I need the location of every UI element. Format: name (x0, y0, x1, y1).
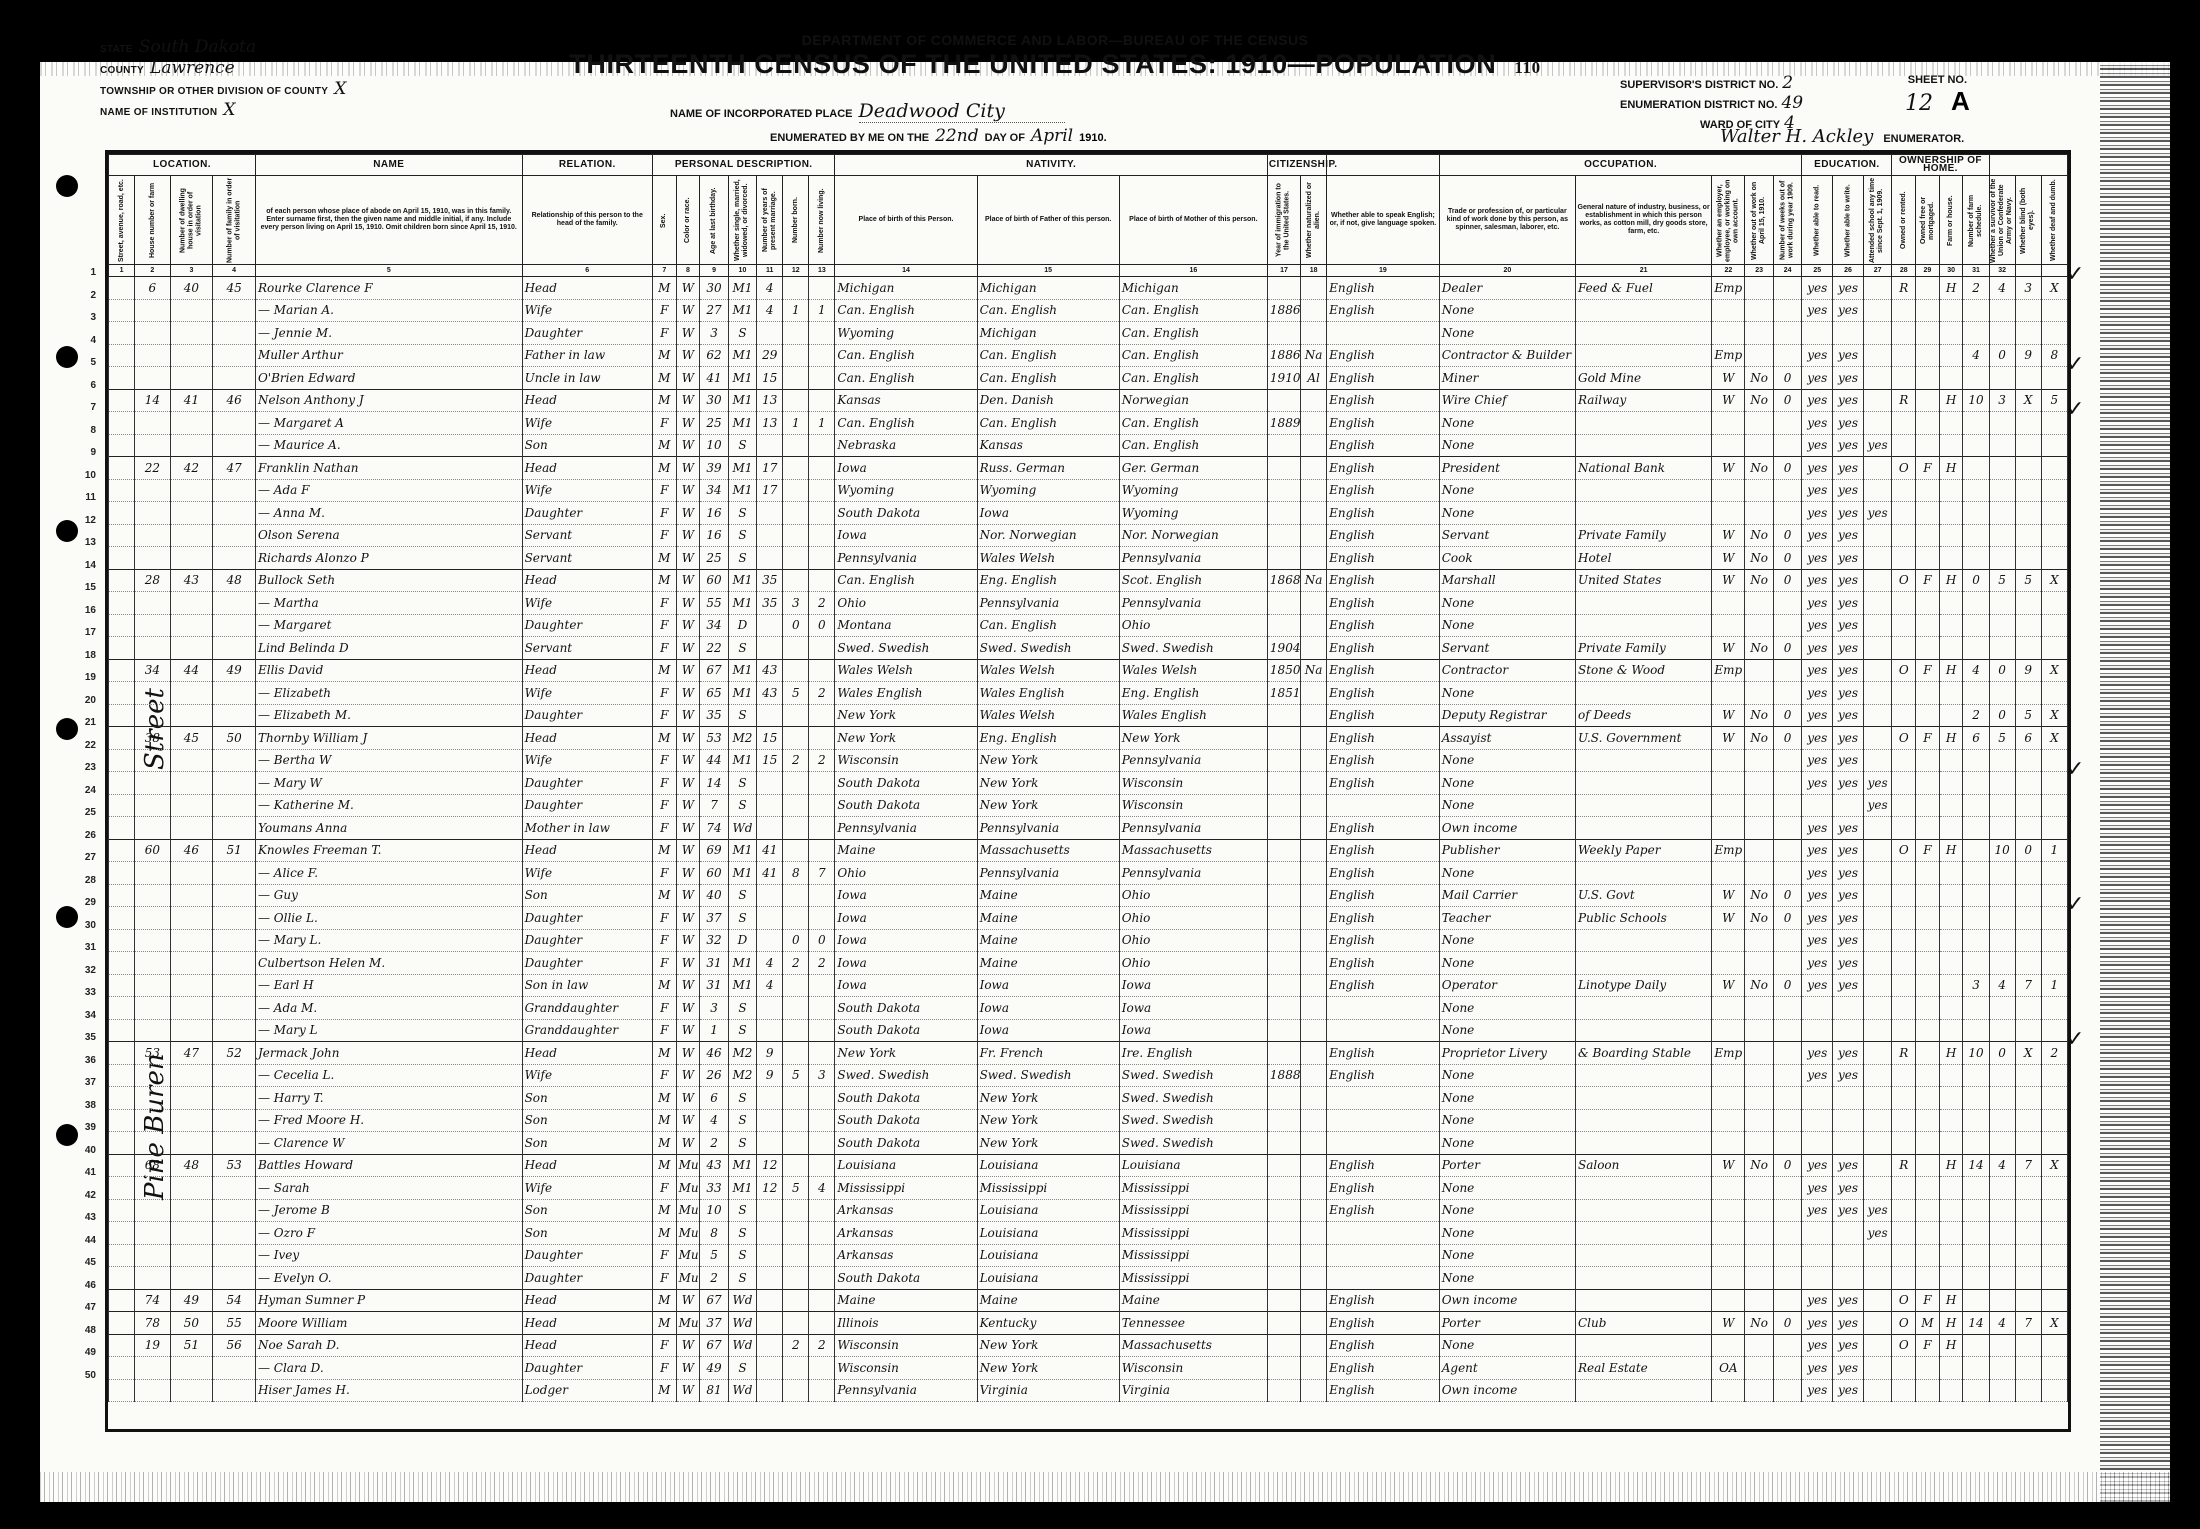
trade-cell: None (1439, 592, 1575, 615)
birthplace-cell: South Dakota (835, 1087, 977, 1110)
deaf-cell (2041, 1064, 2067, 1087)
color-cell: W (676, 659, 700, 682)
age-cell: 31 (700, 974, 728, 997)
children-born-cell (783, 884, 809, 907)
immigration-year-cell (1267, 1244, 1300, 1267)
read-cell: yes (1802, 1064, 1833, 1087)
naturalization-cell (1301, 1177, 1327, 1200)
write-cell: yes (1833, 569, 1864, 592)
color-cell: W (676, 479, 700, 502)
father-birthplace-cell: Wyoming (977, 479, 1119, 502)
checkmark-icon: ✓ (2066, 757, 2084, 802)
column-index: 2 (135, 265, 171, 277)
blind-cell: 5 (2015, 704, 2041, 727)
trade-cell: None (1439, 1087, 1575, 1110)
weeks-out-cell (1773, 1334, 1802, 1357)
name-cell: Lind Belinda D (255, 637, 522, 660)
free-mortgaged-cell (1916, 1109, 1940, 1132)
color-cell: W (676, 592, 700, 615)
name-cell: — Martha (255, 592, 522, 615)
farm-house-cell (1939, 412, 1963, 435)
employer-status-cell (1712, 817, 1745, 840)
years-married-cell: 17 (757, 457, 783, 480)
weeks-out-cell: 0 (1773, 727, 1802, 750)
industry-cell (1575, 1064, 1711, 1087)
years-married-cell: 41 (757, 839, 783, 862)
school-cell (1863, 322, 1891, 345)
age-cell: 62 (700, 344, 728, 367)
street-cell (109, 457, 135, 480)
age-cell: 41 (700, 367, 728, 390)
school-cell (1863, 457, 1891, 480)
marital-status-cell: M1 (728, 344, 756, 367)
years-married-cell (757, 1222, 783, 1245)
mother-birthplace-cell: Mississippi (1119, 1244, 1267, 1267)
family-number-cell (213, 817, 256, 840)
children-born-cell: 5 (783, 1064, 809, 1087)
sex-cell: M (652, 1132, 676, 1155)
years-married-cell: 43 (757, 682, 783, 705)
age-cell: 27 (700, 299, 728, 322)
immigration-year-cell (1267, 547, 1300, 570)
veteran-cell (1989, 772, 2015, 795)
owned-rented-cell: O (1892, 727, 1916, 750)
owned-rented-cell: O (1892, 839, 1916, 862)
school-cell (1863, 1154, 1891, 1177)
street-cell (109, 974, 135, 997)
language-cell: English (1327, 1334, 1440, 1357)
owned-rented-cell (1892, 929, 1916, 952)
table-row: — Clarence WSonMW2SSouth DakotaNew YorkS… (109, 1132, 2068, 1155)
farm-schedule-cell (1963, 817, 1989, 840)
color-cell: W (676, 277, 700, 300)
mother-birthplace-cell: Pennsylvania (1119, 817, 1267, 840)
mother-birthplace-cell: Norwegian (1119, 389, 1267, 412)
table-row: — Jerome BSonMMu10SArkansasLouisianaMiss… (109, 1199, 2068, 1222)
veteran-cell: 0 (1989, 344, 2015, 367)
father-birthplace-cell: Louisiana (977, 1267, 1119, 1290)
school-cell (1863, 1064, 1891, 1087)
immigration-year-cell (1267, 1042, 1300, 1065)
mother-birthplace-cell: Massachusetts (1119, 1334, 1267, 1357)
owned-rented-cell (1892, 704, 1916, 727)
veteran-cell (1989, 997, 2015, 1020)
mother-birthplace-cell: Tennessee (1119, 1312, 1267, 1335)
owned-rented-cell (1892, 1132, 1916, 1155)
column-index: 12 (783, 265, 809, 277)
color-cell: W (676, 704, 700, 727)
employer-status-cell (1712, 997, 1745, 1020)
out-of-work-cell (1745, 659, 1773, 682)
line-number: 26 (68, 825, 96, 848)
veteran-cell (1989, 1379, 2015, 1402)
out-of-work-cell (1745, 1087, 1773, 1110)
blind-cell (2015, 502, 2041, 525)
mother-birthplace-cell: Mississippi (1119, 1222, 1267, 1245)
color-cell: W (676, 749, 700, 772)
house-number-cell (135, 907, 171, 930)
children-born-cell (783, 1289, 809, 1312)
color-cell: W (676, 952, 700, 975)
free-mortgaged-cell: F (1916, 659, 1940, 682)
color-cell: W (676, 1042, 700, 1065)
industry-cell: Public Schools (1575, 907, 1711, 930)
read-cell: yes (1802, 592, 1833, 615)
house-number-cell (135, 1087, 171, 1110)
employer-status-cell (1712, 479, 1745, 502)
owned-rented-cell (1892, 772, 1916, 795)
language-cell (1327, 1222, 1440, 1245)
birthplace-cell: New York (835, 1042, 977, 1065)
mother-birthplace-cell: Ohio (1119, 952, 1267, 975)
immigration-year-cell (1267, 1222, 1300, 1245)
owned-rented-cell (1892, 1267, 1916, 1290)
father-birthplace-cell: New York (977, 1132, 1119, 1155)
school-cell (1863, 1132, 1891, 1155)
relation-cell: Daughter (522, 502, 652, 525)
father-birthplace-cell: New York (977, 794, 1119, 817)
header-color: Color or race. (676, 176, 700, 265)
children-born-cell (783, 637, 809, 660)
farm-house-cell: H (1939, 727, 1963, 750)
children-living-cell (809, 659, 835, 682)
trade-cell: None (1439, 502, 1575, 525)
trade-cell: Proprietor Livery (1439, 1042, 1575, 1065)
farm-schedule-cell (1963, 479, 1989, 502)
house-number-cell (135, 1357, 171, 1380)
house-number-cell (135, 862, 171, 885)
sex-cell: M (652, 1312, 676, 1335)
veteran-cell: 0 (1989, 704, 2015, 727)
dwelling-number-cell (170, 434, 213, 457)
column-index: 23 (1745, 265, 1773, 277)
marital-status-cell: M1 (728, 839, 756, 862)
weeks-out-cell: 0 (1773, 704, 1802, 727)
age-cell: 43 (700, 1154, 728, 1177)
veteran-cell (1989, 367, 2015, 390)
industry-cell: & Boarding Stable (1575, 1042, 1711, 1065)
blind-cell (2015, 1244, 2041, 1267)
farm-schedule-cell: 10 (1963, 1042, 1989, 1065)
children-born-cell (783, 1312, 809, 1335)
years-married-cell (757, 434, 783, 457)
farm-house-cell (1939, 547, 1963, 570)
mother-birthplace-cell: New York (1119, 727, 1267, 750)
house-number-cell (135, 929, 171, 952)
group-location: Location. (109, 155, 256, 176)
family-number-cell (213, 592, 256, 615)
owned-rented-cell: R (1892, 277, 1916, 300)
age-cell: 69 (700, 839, 728, 862)
line-number: 22 (68, 735, 96, 758)
employer-status-cell (1712, 434, 1745, 457)
father-birthplace-cell: Iowa (977, 997, 1119, 1020)
column-index: 29 (1916, 265, 1940, 277)
column-index: 25 (1802, 265, 1833, 277)
table-row: 344449Ellis DavidHeadMW67M143Wales Welsh… (109, 659, 2068, 682)
birthplace-cell: Nebraska (835, 434, 977, 457)
school-cell (1863, 1177, 1891, 1200)
industry-cell (1575, 952, 1711, 975)
farm-schedule-cell (1963, 502, 1989, 525)
street-cell (109, 997, 135, 1020)
trade-cell: Operator (1439, 974, 1575, 997)
relation-cell: Daughter (522, 772, 652, 795)
color-cell: W (676, 569, 700, 592)
write-cell: yes (1833, 704, 1864, 727)
deaf-cell (2041, 547, 2067, 570)
write-cell: yes (1833, 614, 1864, 637)
deaf-cell: 8 (2041, 344, 2067, 367)
dwelling-number-cell: 51 (170, 1334, 213, 1357)
birthplace-cell: Iowa (835, 974, 977, 997)
column-index: 18 (1301, 265, 1327, 277)
marital-status-cell: S (728, 884, 756, 907)
farm-schedule-cell (1963, 1177, 1989, 1200)
color-cell: Mu (676, 1177, 700, 1200)
industry-cell (1575, 997, 1711, 1020)
county-value: Lawrence (150, 59, 235, 77)
immigration-year-cell: 1904 (1267, 637, 1300, 660)
sex-cell: F (652, 907, 676, 930)
years-married-cell (757, 524, 783, 547)
line-number: 10 (68, 465, 96, 488)
school-cell (1863, 614, 1891, 637)
school-cell (1863, 704, 1891, 727)
immigration-year-cell (1267, 1379, 1300, 1402)
language-cell: English (1327, 1042, 1440, 1065)
blind-cell (2015, 1357, 2041, 1380)
children-living-cell (809, 1154, 835, 1177)
house-number-cell (135, 637, 171, 660)
language-cell (1327, 322, 1440, 345)
table-row: — SarahWifeFMu33M11254MississippiMississ… (109, 1177, 2068, 1200)
farm-house-cell (1939, 997, 1963, 1020)
school-cell (1863, 367, 1891, 390)
sex-cell: M (652, 1154, 676, 1177)
sex-cell: M (652, 367, 676, 390)
years-married-cell: 9 (757, 1064, 783, 1087)
dwelling-number-cell (170, 1109, 213, 1132)
father-birthplace-cell: Michigan (977, 277, 1119, 300)
farm-house-cell (1939, 862, 1963, 885)
school-cell (1863, 682, 1891, 705)
color-cell: W (676, 1334, 700, 1357)
immigration-year-cell (1267, 1289, 1300, 1312)
children-living-cell (809, 997, 835, 1020)
name-cell: — Ada F (255, 479, 522, 502)
school-cell (1863, 412, 1891, 435)
dwelling-number-cell (170, 862, 213, 885)
house-number-cell (135, 592, 171, 615)
years-married-cell: 12 (757, 1154, 783, 1177)
birthplace-cell: Pennsylvania (835, 547, 977, 570)
industry-cell: Railway (1575, 389, 1711, 412)
farm-house-cell (1939, 704, 1963, 727)
house-number-cell: 6 (135, 277, 171, 300)
read-cell (1802, 1267, 1833, 1290)
marital-status-cell: M1 (728, 457, 756, 480)
farm-schedule-cell (1963, 457, 1989, 480)
out-of-work-cell (1745, 929, 1773, 952)
marital-status-cell: S (728, 1357, 756, 1380)
veteran-cell (1989, 322, 2015, 345)
street-cell (109, 682, 135, 705)
deaf-cell (2041, 637, 2067, 660)
veteran-cell (1989, 1244, 2015, 1267)
language-cell: English (1327, 929, 1440, 952)
marital-status-cell: S (728, 1199, 756, 1222)
marital-status-cell: M2 (728, 1064, 756, 1087)
name-cell: — Evelyn O. (255, 1267, 522, 1290)
naturalization-cell (1301, 614, 1327, 637)
employer-status-cell: W (1712, 569, 1745, 592)
county-label: County (100, 62, 144, 80)
veteran-cell (1989, 794, 2015, 817)
industry-cell: National Bank (1575, 457, 1711, 480)
read-cell: yes (1802, 659, 1833, 682)
sex-cell: F (652, 1334, 676, 1357)
father-birthplace-cell: Can. English (977, 344, 1119, 367)
dwelling-number-cell: 43 (170, 569, 213, 592)
mother-birthplace-cell: Nor. Norwegian (1119, 524, 1267, 547)
read-cell: yes (1802, 1154, 1833, 1177)
immigration-year-cell (1267, 1132, 1300, 1155)
school-cell (1863, 569, 1891, 592)
children-living-cell (809, 502, 835, 525)
read-cell: yes (1802, 344, 1833, 367)
relation-cell: Wife (522, 592, 652, 615)
street-cell (109, 1312, 135, 1335)
color-cell: W (676, 929, 700, 952)
trade-cell: None (1439, 682, 1575, 705)
line-number: 1 (68, 262, 96, 285)
color-cell: Mu (676, 1154, 700, 1177)
veteran-cell (1989, 1334, 2015, 1357)
place-value: Deadwood City (859, 100, 1065, 123)
color-cell: W (676, 1132, 700, 1155)
color-cell: W (676, 457, 700, 480)
line-number: 3 (68, 307, 96, 330)
birthplace-cell: South Dakota (835, 772, 977, 795)
write-cell: yes (1833, 434, 1864, 457)
birthplace-cell: South Dakota (835, 502, 977, 525)
color-cell: W (676, 299, 700, 322)
father-birthplace-cell: Wales English (977, 682, 1119, 705)
name-cell: Battles Howard (255, 1154, 522, 1177)
children-living-cell: 1 (809, 412, 835, 435)
table-row: — Katherine M.DaughterFW7SSouth DakotaNe… (109, 794, 2068, 817)
header-sex: Sex. (652, 176, 676, 265)
name-cell: — Margaret (255, 614, 522, 637)
blind-cell (2015, 884, 2041, 907)
farm-schedule-cell (1963, 524, 1989, 547)
dwelling-number-cell (170, 1087, 213, 1110)
line-number: 5 (68, 352, 96, 375)
table-row: — Ollie L.DaughterFW37SIowaMaineOhioEngl… (109, 907, 2068, 930)
years-married-cell (757, 1334, 783, 1357)
family-number-cell (213, 907, 256, 930)
house-number-cell: 38 (135, 727, 171, 750)
column-index: 20 (1439, 265, 1575, 277)
line-number: 8 (68, 420, 96, 443)
school-cell (1863, 637, 1891, 660)
color-cell: Mu (676, 1199, 700, 1222)
line-number: 46 (68, 1275, 96, 1298)
farm-schedule-cell (1963, 682, 1989, 705)
column-index: 27 (1863, 265, 1891, 277)
children-living-cell (809, 367, 835, 390)
children-born-cell (783, 569, 809, 592)
checkmark-icon: ✓ (2066, 397, 2084, 442)
naturalization-cell (1301, 592, 1327, 615)
children-living-cell (809, 1222, 835, 1245)
children-born-cell (783, 794, 809, 817)
free-mortgaged-cell (1916, 907, 1940, 930)
weeks-out-cell: 0 (1773, 547, 1802, 570)
veteran-cell (1989, 524, 2015, 547)
owned-rented-cell (1892, 974, 1916, 997)
naturalization-cell (1301, 929, 1327, 952)
weeks-out-cell (1773, 479, 1802, 502)
school-cell (1863, 862, 1891, 885)
table-row: 744954Hyman Sumner PHeadMW67WdMaineMaine… (109, 1289, 2068, 1312)
immigration-year-cell (1267, 1109, 1300, 1132)
deaf-cell: X (2041, 277, 2067, 300)
line-number: 11 (68, 487, 96, 510)
father-birthplace-cell: Eng. English (977, 569, 1119, 592)
color-cell: W (676, 862, 700, 885)
dwelling-number-cell: 48 (170, 1154, 213, 1177)
house-number-cell (135, 344, 171, 367)
color-cell: W (676, 1357, 700, 1380)
deaf-cell (2041, 772, 2067, 795)
relation-cell: Son (522, 884, 652, 907)
children-living-cell (809, 1109, 835, 1132)
birthplace-cell: Can. English (835, 367, 977, 390)
line-number: 21 (68, 712, 96, 735)
children-born-cell (783, 659, 809, 682)
father-birthplace-cell: Eng. English (977, 727, 1119, 750)
industry-cell: Private Family (1575, 637, 1711, 660)
sheet-number: 12 (1905, 91, 1933, 116)
veteran-cell (1989, 1177, 2015, 1200)
table-row: O'Brien EdwardUncle in lawMW41M115Can. E… (109, 367, 2068, 390)
column-index: 5 (255, 265, 522, 277)
street-cell (109, 434, 135, 457)
immigration-year-cell (1267, 839, 1300, 862)
children-born-cell (783, 839, 809, 862)
read-cell (1802, 1109, 1833, 1132)
blind-cell: 5 (2015, 569, 2041, 592)
family-number-cell: 55 (213, 1312, 256, 1335)
immigration-year-cell (1267, 727, 1300, 750)
industry-cell (1575, 344, 1711, 367)
farm-schedule-cell (1963, 749, 1989, 772)
mother-birthplace-cell: Can. English (1119, 299, 1267, 322)
street-cell (109, 659, 135, 682)
immigration-year-cell (1267, 1177, 1300, 1200)
mother-birthplace-cell: Ohio (1119, 929, 1267, 952)
header-write: Whether able to write. (1833, 176, 1864, 265)
name-cell: — Katherine M. (255, 794, 522, 817)
out-of-work-cell (1745, 997, 1773, 1020)
children-born-cell (783, 1267, 809, 1290)
marital-status-cell: M1 (728, 749, 756, 772)
immigration-year-cell (1267, 749, 1300, 772)
industry-cell: U.S. Government (1575, 727, 1711, 750)
industry-cell (1575, 322, 1711, 345)
